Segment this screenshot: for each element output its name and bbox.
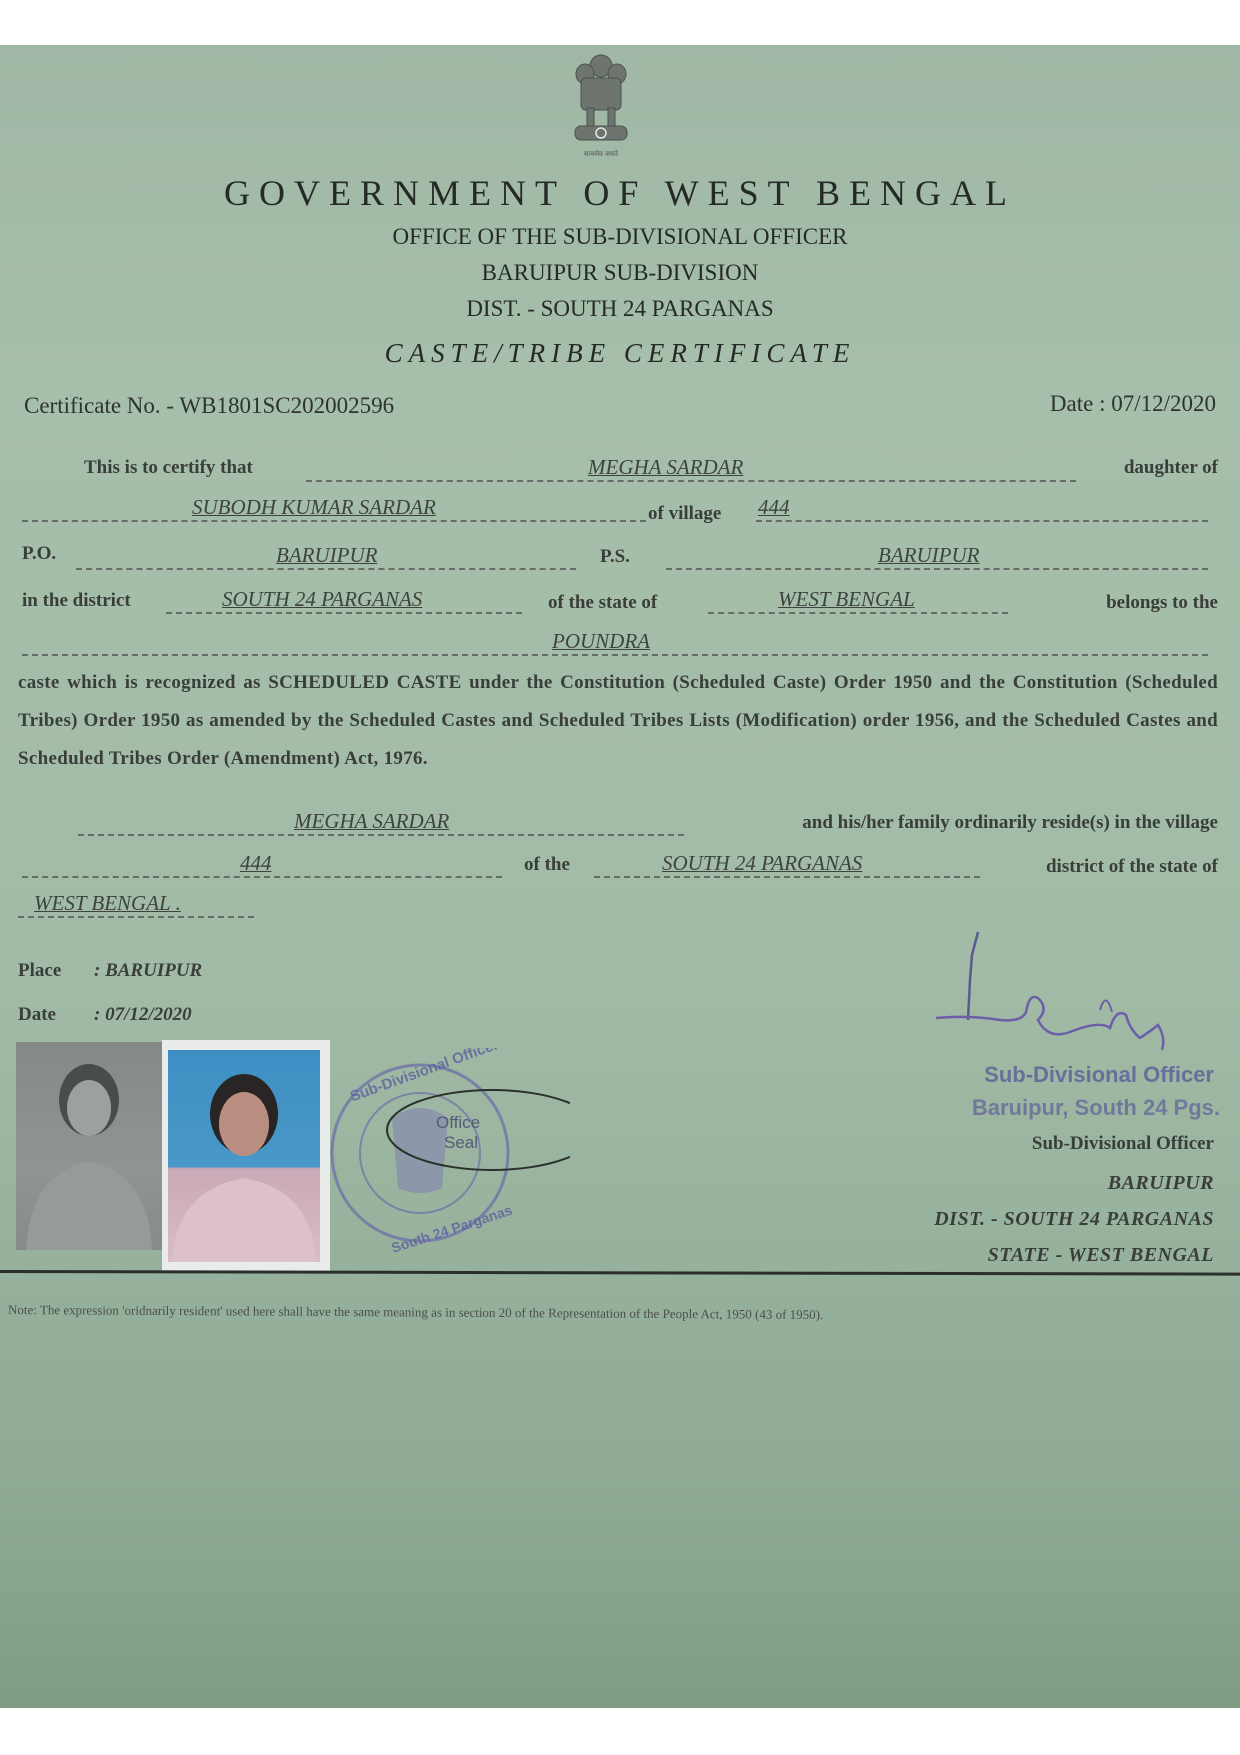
caste-value: POUNDRA (552, 629, 650, 654)
parent-name-field: SUBODH KUMAR SARDAR (22, 494, 646, 522)
resident-name: MEGHA SARDAR (294, 809, 449, 834)
certificate-date: Date : 07/12/2020 (1050, 391, 1216, 417)
certificate-title: CASTE/TRIBE CERTIFICATE (0, 338, 1240, 369)
signatory-title: Sub-Divisional Officer (1032, 1133, 1214, 1155)
officer-signature (930, 920, 1190, 1065)
district-label: in the district (22, 590, 131, 612)
resident-name-field: MEGHA SARDAR (78, 808, 684, 836)
parent-name: SUBODH KUMAR SARDAR (192, 495, 436, 520)
signatory-stamp-line1: Sub-Divisional Officer (984, 1062, 1214, 1088)
signatory-state: STATE - WEST BENGAL (988, 1244, 1214, 1267)
body-paragraph: caste which is recognized as SCHEDULED C… (18, 664, 1218, 778)
subdivision-heading: BARUIPUR SUB-DIVISION (0, 260, 1240, 286)
ashoka-emblem-icon (565, 52, 637, 152)
po-value: BARUIPUR (276, 543, 377, 568)
of-the-label: of the (524, 854, 570, 876)
place-value: : BARUIPUR (94, 960, 202, 982)
village-field: 444 (756, 494, 1208, 522)
ps-field: BARUIPUR (666, 542, 1208, 570)
resident-village-field: 444 (22, 850, 502, 878)
svg-text:Sub-Divisional Officer: Sub-Divisional Officer (348, 1048, 501, 1105)
applicant-name-field: MEGHA SARDAR (306, 454, 1076, 482)
person-silhouette-icon (16, 1042, 162, 1250)
emblem-motto: सत्यमेव जयते (575, 150, 627, 159)
person-photo-icon (168, 1050, 320, 1262)
applicant-photo-affixed (162, 1040, 330, 1272)
place-label: Place (18, 960, 61, 982)
svg-text:South 24 Parganas: South 24 Parganas (389, 1202, 514, 1256)
svg-text:Office: Office (436, 1113, 480, 1132)
resident-state: WEST BENGAL . (34, 891, 181, 916)
resident-district: SOUTH 24 PARGANAS (662, 851, 862, 876)
po-field: BARUIPUR (76, 542, 576, 570)
resident-state-field: WEST BENGAL . (18, 890, 254, 918)
ps-label: P.S. (600, 546, 630, 568)
relation-label: daughter of (1124, 457, 1218, 479)
resident-village: 444 (240, 851, 272, 876)
signatory-stamp-line2: Baruipur, South 24 Pgs. (972, 1095, 1220, 1121)
government-heading: GOVERNMENT OF WEST BENGAL (0, 172, 1240, 214)
village-label: of village (648, 503, 721, 525)
district-state-label: district of the state of (1046, 856, 1218, 878)
ps-value: BARUIPUR (878, 543, 979, 568)
applicant-name: MEGHA SARDAR (588, 455, 743, 480)
signatory-place: BARUIPUR (1108, 1172, 1214, 1195)
belongs-label: belongs to the (1106, 592, 1218, 614)
svg-text:Seal: Seal (444, 1133, 478, 1152)
po-label: P.O. (22, 543, 56, 565)
office-seal-stamp: Office Seal Sub-Divisional Officer South… (330, 1048, 570, 1258)
signatory-district: DIST. - SOUTH 24 PARGANAS (934, 1208, 1214, 1231)
district-field: SOUTH 24 PARGANAS (166, 586, 522, 614)
office-heading: OFFICE OF THE SUB-DIVISIONAL OFFICER (0, 224, 1240, 250)
state-label: of the state of (548, 592, 657, 614)
footer-date-value: : 07/12/2020 (94, 1004, 192, 1026)
district-value: SOUTH 24 PARGANAS (222, 587, 422, 612)
reside-label: and his/her family ordinarily reside(s) … (802, 812, 1218, 834)
district-heading: DIST. - SOUTH 24 PARGANAS (0, 296, 1240, 322)
village-value: 444 (758, 495, 790, 520)
resident-district-field: SOUTH 24 PARGANAS (594, 850, 980, 878)
applicant-photo-printed (16, 1042, 162, 1250)
certify-label: This is to certify that (84, 457, 253, 479)
footer-date-label: Date (18, 1004, 56, 1026)
state-value: WEST BENGAL (778, 587, 915, 612)
state-field: WEST BENGAL (708, 586, 1008, 614)
caste-field: POUNDRA (22, 628, 1208, 656)
certificate-number: Certificate No. - WB1801SC202002596 (24, 393, 394, 419)
